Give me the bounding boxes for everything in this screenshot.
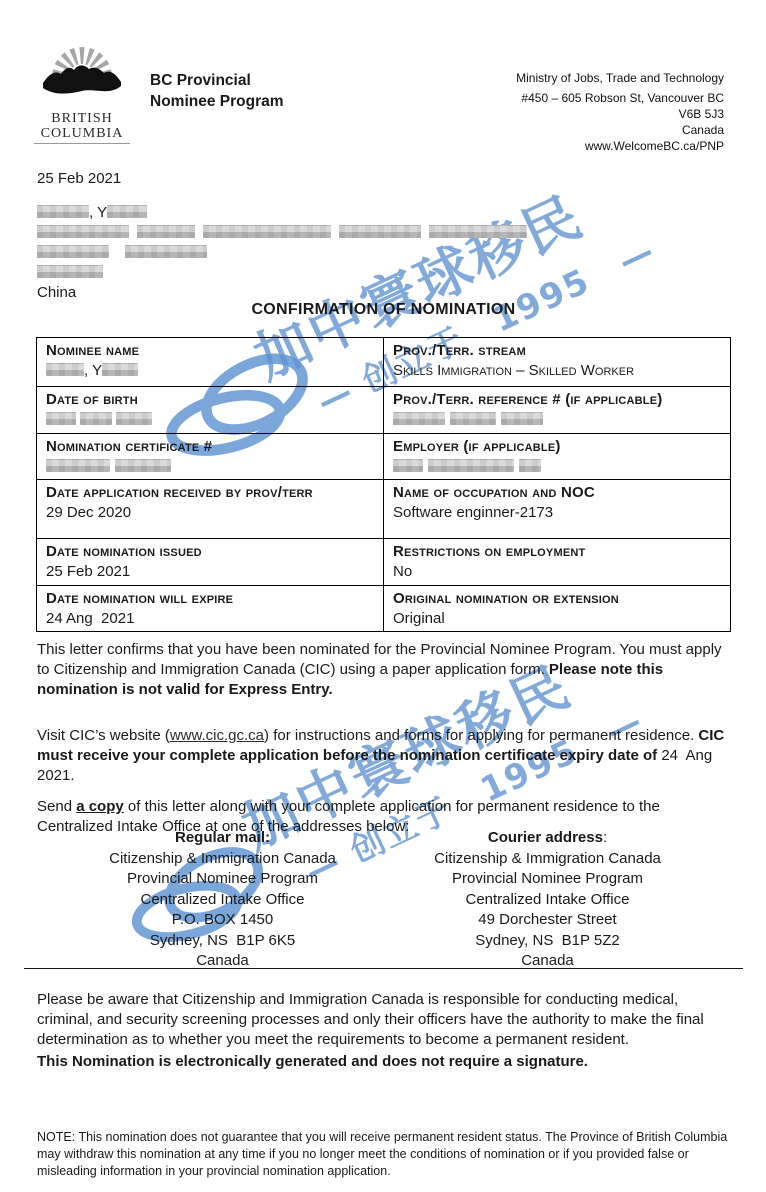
address-line: Citizenship & Immigration Canada <box>60 849 385 870</box>
send-copy-text-1: Send <box>37 798 76 815</box>
redacted-employer-2 <box>428 459 514 472</box>
letter-date: 25 Feb 2021 <box>37 170 121 187</box>
table-row: Date nomination will expire 24 Ang 2021 … <box>37 586 731 632</box>
redacted-surname <box>46 363 84 376</box>
address-line: Sydney, NS B1P 6K5 <box>60 931 385 952</box>
send-copy-emphasis: a copy <box>76 798 124 815</box>
redacted-surname <box>37 205 89 218</box>
redacted-dob-month <box>80 412 112 425</box>
redacted-city <box>37 245 109 258</box>
ministry-website: www.WelcomeBC.ca/PNP <box>516 138 724 154</box>
redacted-street-5 <box>429 225 527 238</box>
address-line: Centralized Intake Office <box>60 890 385 911</box>
cell-nominee-name: Nominee name , Y <box>37 338 384 387</box>
program-title: BC Provincial Nominee Program <box>150 70 284 112</box>
recipient-address-block: , Y China <box>37 203 527 303</box>
cell-restrictions: Restrictions on employment No <box>384 539 731 586</box>
redacted-employer-3 <box>519 459 541 472</box>
date-received-label: Date application received by prov/terr <box>46 483 374 503</box>
redacted-given-name <box>102 363 138 376</box>
stream-label: Prov./Terr. stream <box>393 341 721 361</box>
mailing-addresses: Regular mail: Citizenship & Immigration … <box>60 828 710 972</box>
nominee-name-visible: , Y <box>84 362 102 379</box>
cell-date-received: Date application received by prov/terr 2… <box>37 480 384 539</box>
redacted-province <box>125 245 207 258</box>
cell-certificate-number: Nomination certificate # <box>37 434 384 480</box>
redacted-certificate-1 <box>46 459 110 472</box>
address-line: Centralized Intake Office <box>385 890 710 911</box>
cell-original-or-extension: Original nomination or extension Origina… <box>384 586 731 632</box>
original-or-extension-label: Original nomination or extension <box>393 589 721 609</box>
bc-logo-word-british: BRITISH <box>34 111 130 126</box>
recipient-country: China <box>37 283 527 303</box>
bc-sunburst-mountains-icon <box>37 36 127 106</box>
regular-mail-heading: Regular mail: <box>60 828 385 849</box>
stream-value: Skills Immigration – Skilled Worker <box>393 361 721 381</box>
table-row: Nominee name , Y Prov./Terr. stream Skil… <box>37 338 731 387</box>
electronic-signature-statement: This Nomination is electronically genera… <box>37 1052 734 1072</box>
redacted-certificate-2 <box>115 459 171 472</box>
address-line: Citizenship & Immigration Canada <box>385 849 710 870</box>
reference-number-value <box>393 410 721 430</box>
cell-date-expire: Date nomination will expire 24 Ang 2021 <box>37 586 384 632</box>
address-line: P.O. BOX 1450 <box>60 910 385 931</box>
recipient-name-visible: , Y <box>89 204 107 221</box>
ministry-postal-code: V6B 5J3 <box>516 106 724 122</box>
courier-heading: Courier address <box>488 829 603 846</box>
redacted-street-1 <box>37 225 129 238</box>
cell-occupation-noc: Name of occupation and NOC Software engi… <box>384 480 731 539</box>
cell-date-of-birth: Date of birth <box>37 387 384 434</box>
redacted-street-4 <box>339 225 421 238</box>
recipient-postal-line <box>37 263 527 283</box>
redacted-reference-1 <box>393 412 445 425</box>
ministry-country: Canada <box>516 122 724 138</box>
redacted-reference-3 <box>501 412 543 425</box>
paragraph-cic-website: Visit CIC’s website (www.cic.gc.ca) for … <box>37 726 734 786</box>
certificate-number-label: Nomination certificate # <box>46 437 374 457</box>
restrictions-label: Restrictions on employment <box>393 542 721 562</box>
bc-government-logo: BRITISH COLUMBIA <box>34 36 130 144</box>
date-of-birth-value <box>46 410 374 430</box>
certificate-number-value <box>46 457 374 477</box>
address-line: 49 Dorchester Street <box>385 910 710 931</box>
bc-logo-wordmark: BRITISH COLUMBIA <box>34 111 130 144</box>
table-row: Date nomination issued 25 Feb 2021 Restr… <box>37 539 731 586</box>
employer-value <box>393 457 721 477</box>
courier-address: Courier address: Citizenship & Immigrati… <box>385 828 710 972</box>
reference-number-label: Prov./Terr. reference # (if applicable) <box>393 390 721 410</box>
cell-reference-number: Prov./Terr. reference # (if applicable) <box>384 387 731 434</box>
footer-note: NOTE: This nomination does not guarantee… <box>37 1129 737 1180</box>
address-line: Sydney, NS B1P 5Z2 <box>385 931 710 952</box>
table-row: Date application received by prov/terr 2… <box>37 480 731 539</box>
date-issued-label: Date nomination issued <box>46 542 374 562</box>
ministry-name: Ministry of Jobs, Trade and Technology <box>516 70 724 86</box>
cic-website-link[interactable]: www.cic.gc.ca <box>170 727 264 744</box>
document-title: CONFIRMATION OF NOMINATION <box>36 301 731 319</box>
redacted-dob-year <box>116 412 152 425</box>
table-row: Nomination certificate # Employer (if ap… <box>37 434 731 480</box>
redacted-reference-2 <box>450 412 496 425</box>
date-of-birth-label: Date of birth <box>46 390 374 410</box>
bc-logo-word-columbia: COLUMBIA <box>34 126 130 141</box>
paragraph-screening-disclaimer: Please be aware that Citizenship and Imm… <box>37 990 734 1050</box>
redacted-street-2 <box>137 225 195 238</box>
recipient-city-line <box>37 243 527 263</box>
date-received-value: 29 Dec 2020 <box>46 503 374 523</box>
occupation-noc-label: Name of occupation and NOC <box>393 483 721 503</box>
cic-paragraph-text-1: Visit CIC’s website ( <box>37 727 170 744</box>
nomination-letter-page: 加中寰球移民 — 创立于 1995 — 加中寰球移民 — 创立于 1995 — … <box>0 0 766 1192</box>
address-line: Provincial Nominee Program <box>385 869 710 890</box>
date-expire-label: Date nomination will expire <box>46 589 374 609</box>
cell-date-issued: Date nomination issued 25 Feb 2021 <box>37 539 384 586</box>
date-expire-value: 24 Ang 2021 <box>46 609 374 629</box>
cell-stream: Prov./Terr. stream Skills Immigration – … <box>384 338 731 387</box>
paragraph-confirmation: This letter confirms that you have been … <box>37 640 734 700</box>
employer-label: Employer (if applicable) <box>393 437 721 457</box>
courier-heading-colon: : <box>603 829 607 846</box>
recipient-street-line <box>37 223 527 243</box>
regular-mail-address: Regular mail: Citizenship & Immigration … <box>60 828 385 972</box>
recipient-name-line: , Y <box>37 203 527 223</box>
ministry-street: #450 – 605 Robson St, Vancouver BC <box>516 90 724 106</box>
cell-employer: Employer (if applicable) <box>384 434 731 480</box>
cic-paragraph-text-2: ) for instructions and forms for applyin… <box>264 727 698 744</box>
date-issued-value: 25 Feb 2021 <box>46 562 374 582</box>
table-row: Date of birth Prov./Terr. reference # (i… <box>37 387 731 434</box>
restrictions-value: No <box>393 562 721 582</box>
ministry-address-block: Ministry of Jobs, Trade and Technology #… <box>516 70 724 154</box>
nominee-name-value: , Y <box>46 361 374 381</box>
nominee-name-label: Nominee name <box>46 341 374 361</box>
courier-heading-line: Courier address: <box>385 828 710 849</box>
redacted-employer-1 <box>393 459 423 472</box>
redacted-dob-day <box>46 412 76 425</box>
program-title-line1: BC Provincial <box>150 70 284 91</box>
redacted-postal-code <box>37 265 103 278</box>
redacted-given-name <box>107 205 147 218</box>
original-or-extension-value: Original <box>393 609 721 629</box>
address-line: Provincial Nominee Program <box>60 869 385 890</box>
redacted-street-3 <box>203 225 331 238</box>
program-title-line2: Nominee Program <box>150 91 284 112</box>
occupation-noc-value: Software enginner-2173 <box>393 503 721 523</box>
nomination-details-table: Nominee name , Y Prov./Terr. stream Skil… <box>36 337 731 632</box>
footer-divider-line <box>24 968 743 969</box>
